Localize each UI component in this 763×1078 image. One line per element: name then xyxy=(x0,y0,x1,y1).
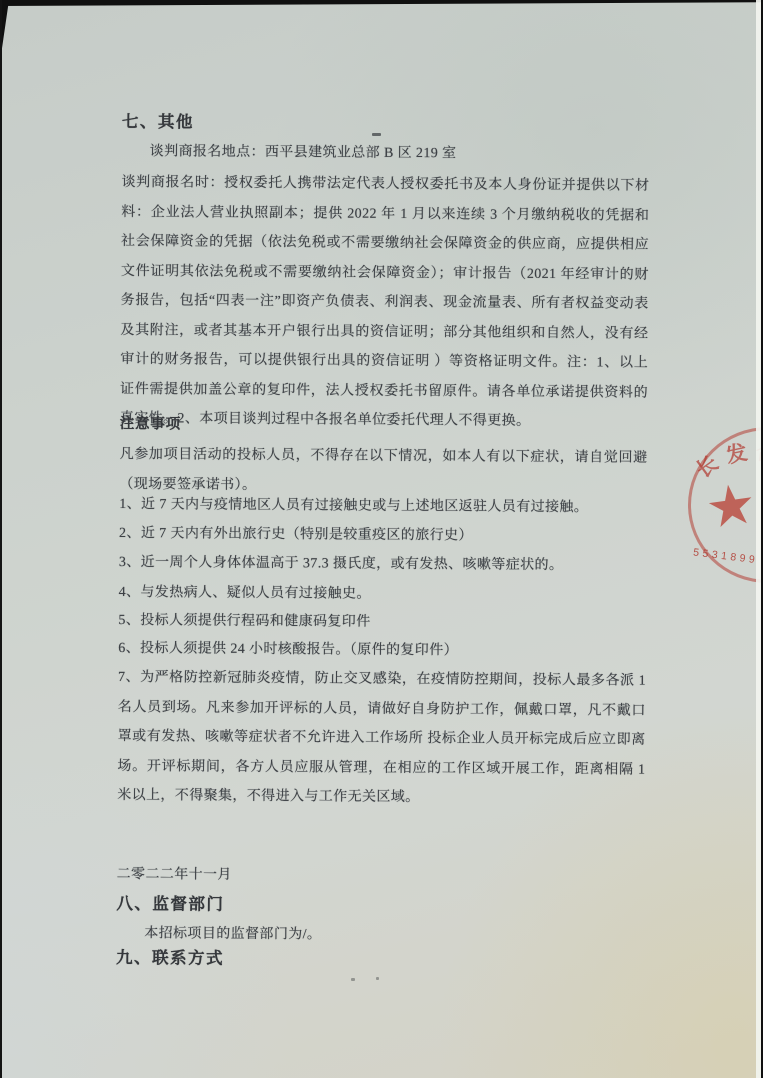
registration-location-line: 谈判商报名地点：西平县建筑业总部 B 区 219 室 xyxy=(122,137,650,170)
scan-speck xyxy=(351,416,355,418)
scan-edge-left xyxy=(0,0,2,1078)
scan-speck xyxy=(372,133,381,136)
notice-item-2: 2、近 7 天内有外出旅行史（特别是较重疫区的旅行史） xyxy=(119,519,647,552)
section-8-heading: 八、监督部门 xyxy=(116,890,644,923)
document-date: 二零二二年十一月 xyxy=(117,860,645,893)
official-red-seal: ★ 长 发 合 5531899 xyxy=(688,427,763,583)
notice-item-1: 1、近 7 天内与疫情地区人员有过接触史或与上述地区返驻人员有过接触。 xyxy=(119,490,647,523)
scan-speck xyxy=(384,414,389,416)
document-content: 七、其他 谈判商报名地点：西平县建筑业总部 B 区 219 室 谈判商报名时：授… xyxy=(0,0,763,1078)
notice-item-3: 3、近一周个人身体体温高于 37.3 摄氏度，或有发热、咳嗽等症状的。 xyxy=(119,548,647,581)
seal-star-icon: ★ xyxy=(702,476,760,538)
scanned-document-page: 七、其他 谈判商报名地点：西平县建筑业总部 B 区 219 室 谈判商报名时：授… xyxy=(0,0,763,1078)
scan-speck xyxy=(376,977,379,980)
scan-speck xyxy=(351,978,355,981)
section-7-heading: 七、其他 xyxy=(122,108,650,141)
section-9-heading: 九、联系方式 xyxy=(116,944,644,977)
notice-item-6: 6、投标人须提供 24 小时核酸报告。（原件的复印件） xyxy=(118,634,646,667)
registration-requirements-paragraph: 谈判商报名时：授权委托人携带法定代表人授权委托书及本人身份证并提供以下材料：企业… xyxy=(120,168,650,437)
notice-item-7: 7、为严格防控新冠肺炎疫情，防止交叉感染，在疫情防控期间，投标人最多各派 1 名… xyxy=(117,663,646,814)
